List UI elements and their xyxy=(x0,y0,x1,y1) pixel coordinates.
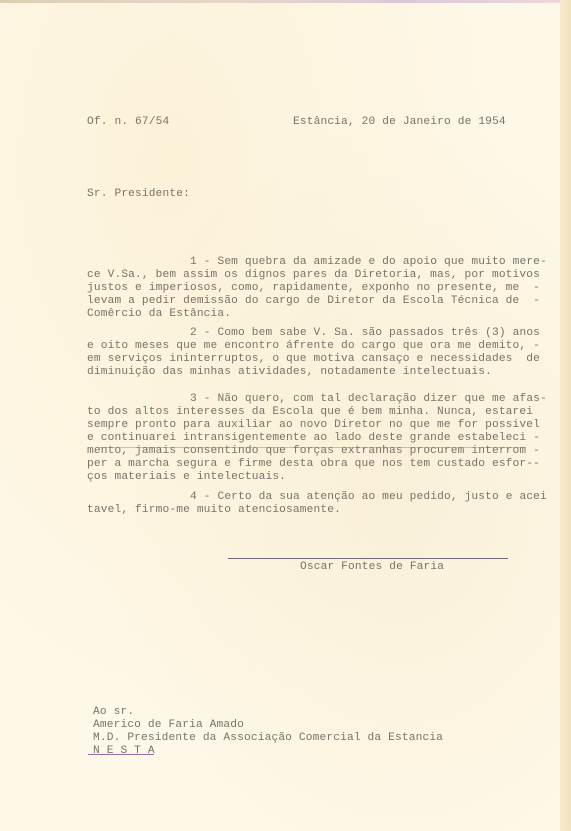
paragraph-line: ços materiais e intelectuais. xyxy=(87,471,286,484)
signature-line xyxy=(228,558,508,559)
paragraph-line: 2 - Como bem sabe V. Sa. são passados tr… xyxy=(190,327,540,340)
paragraph-line: to dos altos interesses da Escola que é … xyxy=(87,406,533,419)
paragraph-line: Comêrcio da Estância. xyxy=(87,308,231,321)
paragraph-line: tavel, firmo-me muito atenciosamente. xyxy=(87,504,341,517)
paragraph-line: levam a pedir demissão do cargo de Diret… xyxy=(87,295,540,308)
reference-number: Of. n. 67/54 xyxy=(87,116,169,129)
paragraph-line: ce V.Sa., bem assim os dignos pares da D… xyxy=(87,269,540,282)
paragraph-line: sempre pronto para auxiliar ao novo Dire… xyxy=(87,419,540,432)
paragraph-line: 4 - Certo da sua atenção ao meu pedido, … xyxy=(190,491,547,504)
paragraph-line: e oito meses que me encontro áfrente do … xyxy=(87,340,540,353)
addressee-location: N E S T A xyxy=(93,745,155,758)
addressee-name: Americo de Faria Amado xyxy=(93,719,244,732)
paragraph-line: 1 - Sem quebra da amizade e do apoio que… xyxy=(190,256,547,269)
salutation: Sr. Presidente: xyxy=(87,188,190,201)
paragraph-line: 3 - Não quero, com tal declaração dizer … xyxy=(190,393,547,406)
paper-sheet: Of. n. 67/54 Estância, 20 de Janeiro de … xyxy=(0,0,571,831)
underline-mark xyxy=(88,754,154,755)
paragraph-line: justos e imperiosos, como, rapidamente, … xyxy=(87,282,540,295)
paragraph-line: e continuarei intransigentemente ao lado… xyxy=(87,432,540,445)
addressee-line: Ao sr. xyxy=(93,706,134,719)
signature-name: Oscar Fontes de Faria xyxy=(300,561,444,574)
paper-top-edge xyxy=(0,0,571,3)
paragraph-line: per a marcha segura e firme desta obra q… xyxy=(87,458,540,471)
place-date: Estância, 20 de Janeiro de 1954 xyxy=(293,116,506,129)
addressee-title: M.D. Presidente da Associação Comercial … xyxy=(93,732,443,745)
paragraph-line: diminuição das minhas atividades, notada… xyxy=(87,366,492,379)
strikethrough-mark xyxy=(96,447,526,448)
paragraph-line: em serviços ininterruptos, o que motiva … xyxy=(87,353,540,366)
paper-right-edge xyxy=(560,0,571,831)
